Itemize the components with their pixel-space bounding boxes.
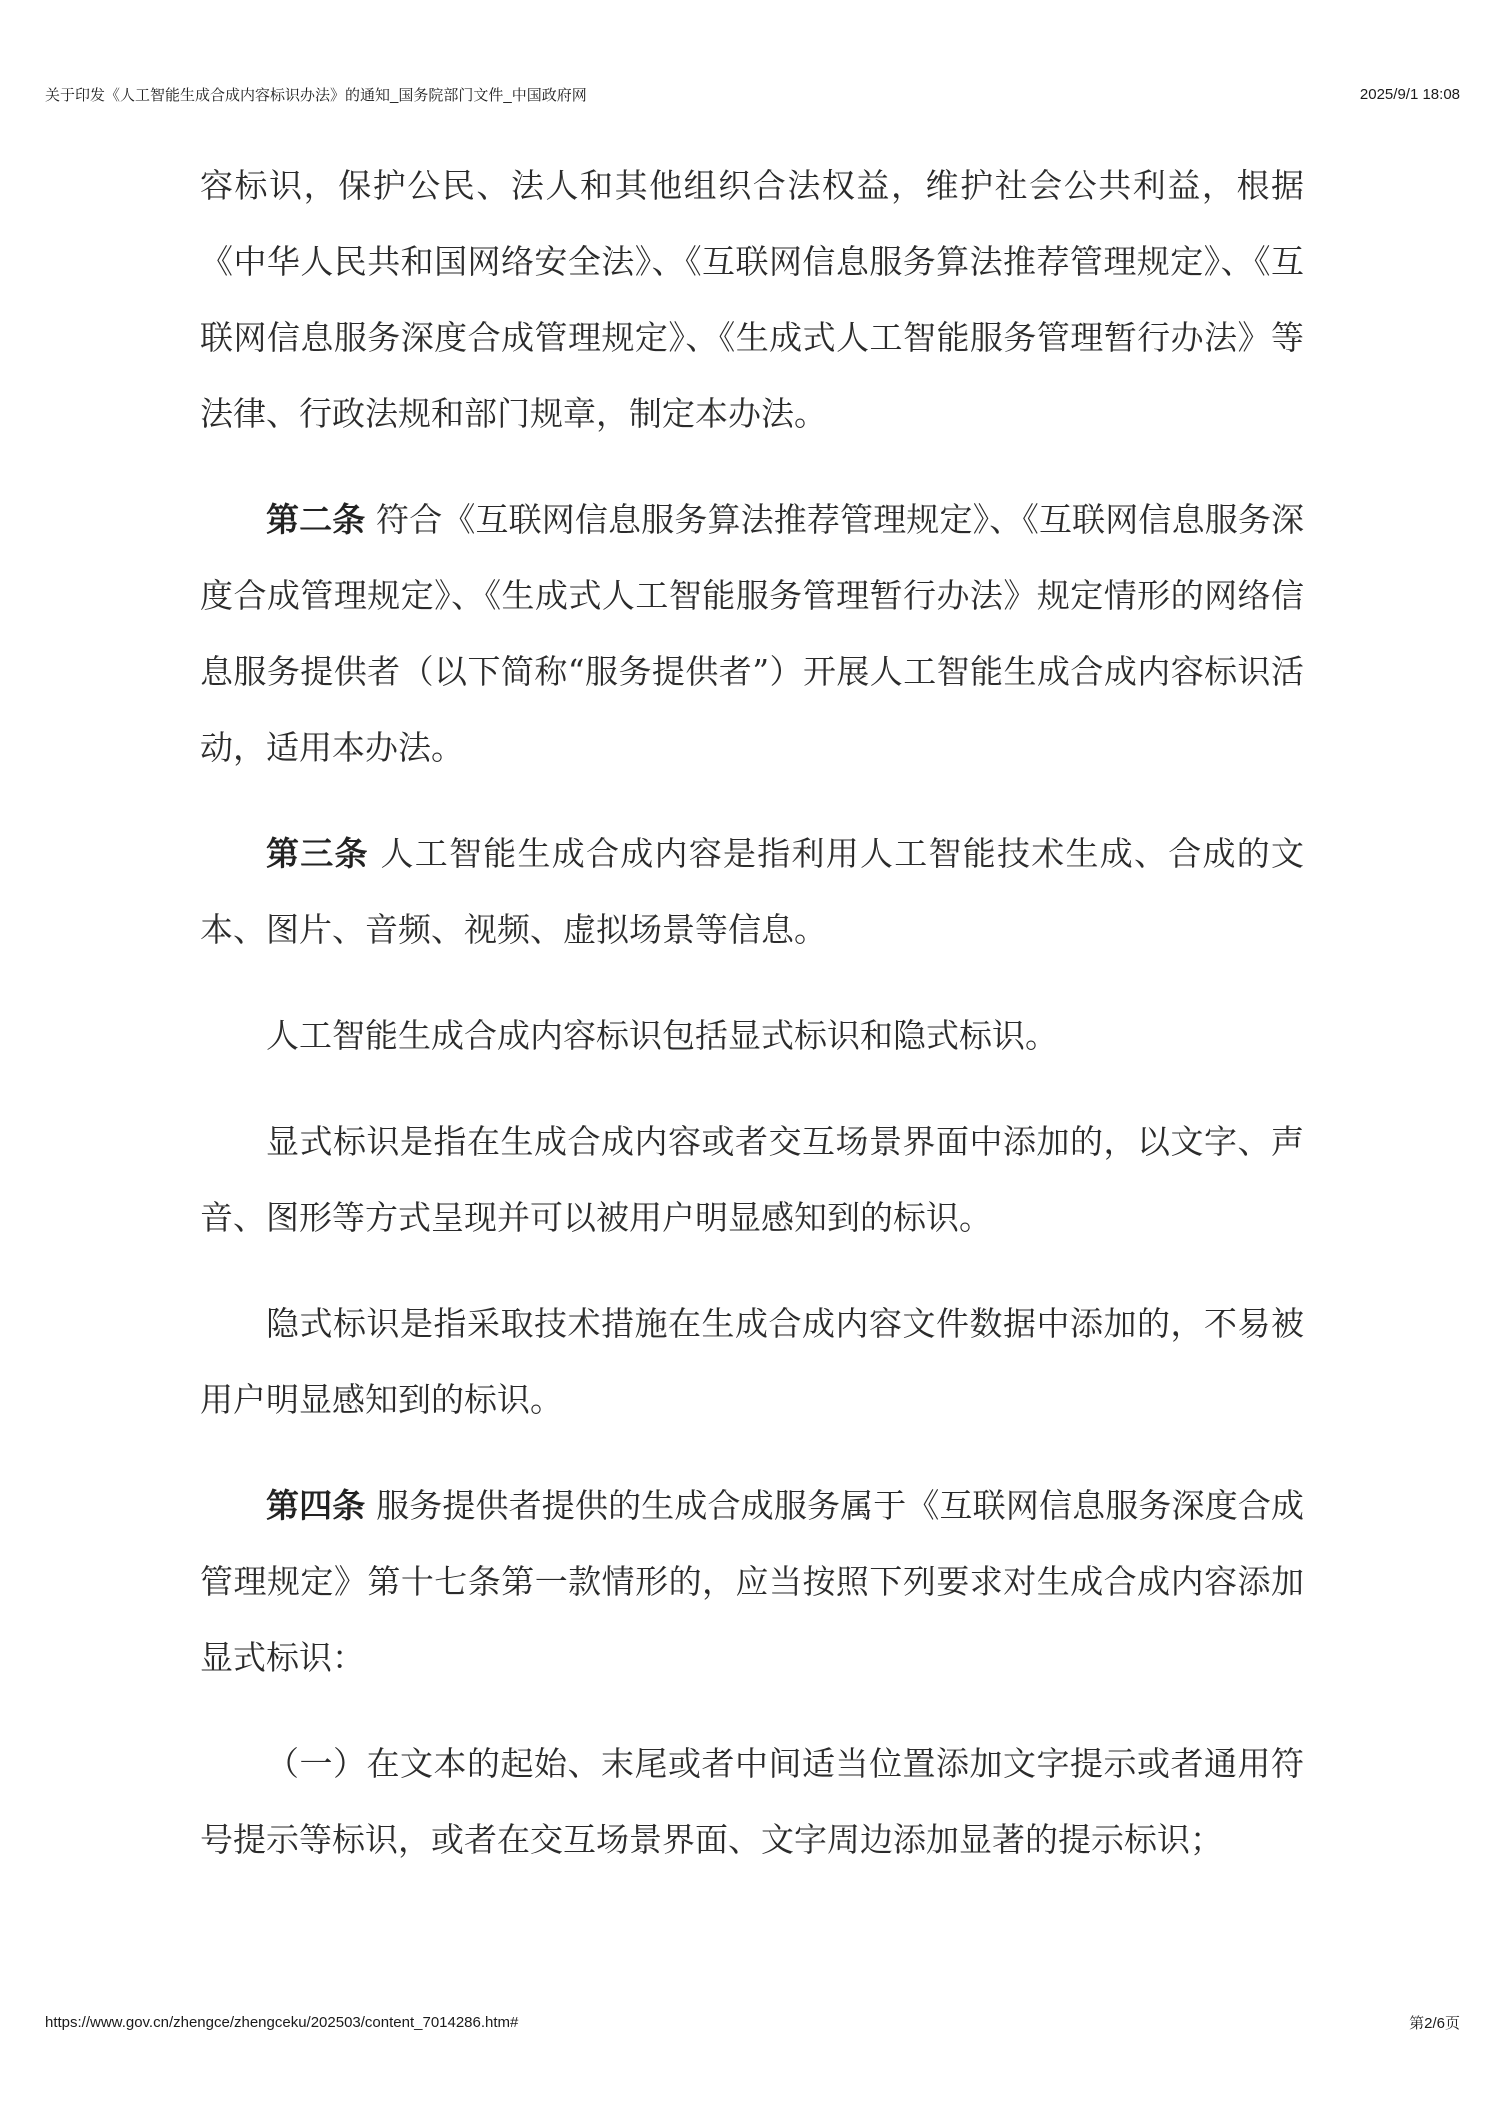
article-label: 第二条 (266, 500, 365, 539)
paragraph-text: 服务提供者提供的生成合成服务属于《互联网信息服务深度合成管理规定》第十七条第一款… (200, 1486, 1304, 1677)
paragraph-text: 符合《互联网信息服务算法推荐管理规定》、《互联网信息服务深度合成管理规定》、《生… (200, 500, 1304, 767)
paragraph-text: 人工智能生成合成内容标识包括显式标识和隐式标识。 (266, 1016, 1058, 1055)
paragraph-text: 隐式标识是指采取技术措施在生成合成内容文件数据中添加的，不易被用户明显感知到的标… (200, 1304, 1304, 1419)
paragraph-text: 容标识，保护公民、法人和其他组织合法权益，维护社会公共利益，根据《中华人民共和国… (200, 166, 1304, 433)
list-item-1: （一）在文本的起始、末尾或者中间适当位置添加文字提示或者通用符号提示等标识，或者… (200, 1726, 1304, 1878)
article-label: 第三条 (266, 834, 369, 873)
paragraph-implicit-identifier: 隐式标识是指采取技术措施在生成合成内容文件数据中添加的，不易被用户明显感知到的标… (200, 1286, 1304, 1438)
page-url[interactable]: https://www.gov.cn/zhengce/zhengceku/202… (45, 2014, 518, 2031)
paragraph-text: （一）在文本的起始、末尾或者中间适当位置添加文字提示或者通用符号提示等标识，或者… (200, 1744, 1304, 1859)
paragraph-text: 显式标识是指在生成合成内容或者交互场景界面中添加的，以文字、声音、图形等方式呈现… (200, 1122, 1304, 1237)
page-number: 第2/6页 (1409, 2012, 1460, 2033)
document-body: 容标识，保护公民、法人和其他组织合法权益，维护社会公共利益，根据《中华人民共和国… (200, 148, 1304, 1908)
paragraph-explicit-identifier: 显式标识是指在生成合成内容或者交互场景界面中添加的，以文字、声音、图形等方式呈现… (200, 1104, 1304, 1256)
page-title: 关于印发《人工智能生成合成内容标识办法》的通知_国务院部门文件_中国政府网 (45, 84, 587, 105)
paragraph-continuation: 容标识，保护公民、法人和其他组织合法权益，维护社会公共利益，根据《中华人民共和国… (200, 148, 1304, 452)
print-datetime: 2025/9/1 18:08 (1360, 86, 1460, 103)
print-header: 关于印发《人工智能生成合成内容标识办法》的通知_国务院部门文件_中国政府网 20… (45, 84, 1460, 105)
article-4: 第四条 服务提供者提供的生成合成服务属于《互联网信息服务深度合成管理规定》第十七… (200, 1468, 1304, 1696)
article-2: 第二条 符合《互联网信息服务算法推荐管理规定》、《互联网信息服务深度合成管理规定… (200, 482, 1304, 786)
print-footer: https://www.gov.cn/zhengce/zhengceku/202… (45, 2012, 1460, 2033)
paragraph-identifier-types: 人工智能生成合成内容标识包括显式标识和隐式标识。 (200, 998, 1304, 1074)
article-label: 第四条 (266, 1486, 365, 1525)
article-3: 第三条 人工智能生成合成内容是指利用人工智能技术生成、合成的文本、图片、音频、视… (200, 816, 1304, 968)
